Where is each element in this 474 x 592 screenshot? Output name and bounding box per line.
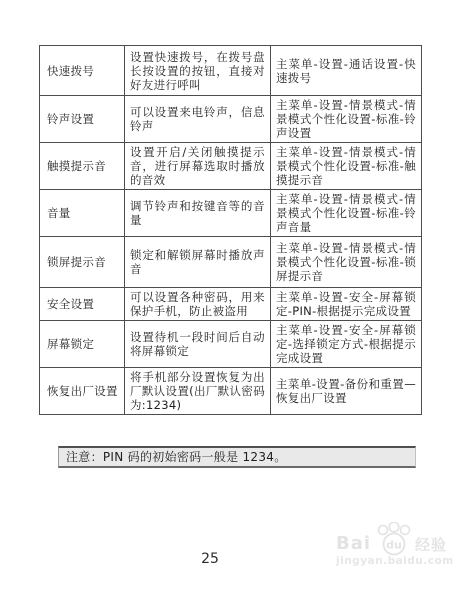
table-row: 音量 调节铃声和按键音等的音量 主菜单-设置-情景模式-情景模式个性化设置-标准… bbox=[40, 190, 422, 237]
table-row: 安全设置 可以设置各种密码，用来保护手机，防止被盗用 主菜单-设置-安全-屏幕锁… bbox=[40, 288, 422, 321]
feature-cell: 音量 bbox=[40, 190, 125, 237]
svg-text:du: du bbox=[386, 539, 402, 552]
feature-cell: 屏幕锁定 bbox=[40, 321, 125, 368]
description-cell: 设置开启/关闭触摸提示音，进行屏幕选取时播放的音效 bbox=[125, 143, 271, 190]
menu-path-cell: 主菜单-设置-情景模式-情景模式个性化设置-标准-铃声设置 bbox=[271, 96, 422, 143]
menu-path-cell: 主菜单-设置-备份和重置—恢复出厂设置 bbox=[271, 368, 422, 415]
menu-path-cell: 主菜单-设置-通话设置-快速拨号 bbox=[271, 46, 422, 96]
watermark-url: jingyan.baidu.com bbox=[336, 555, 456, 567]
menu-path-cell: 主菜单-设置-安全-屏幕锁定-PIN-根据提示完成设置 bbox=[271, 288, 422, 321]
page-number: 25 bbox=[170, 551, 250, 567]
menu-path-cell: 主菜单-设置-安全-屏幕锁定-选择锁定方式-根据提示完成设置 bbox=[271, 321, 422, 368]
paw-icon: du bbox=[373, 522, 413, 556]
feature-cell: 铃声设置 bbox=[40, 96, 125, 143]
table-row: 快速拨号 设置快速拨号，在拨号盘长按设置的按钮，直接对好友进行呼叫 主菜单-设置… bbox=[40, 46, 422, 96]
note-text: 注意：PIN 码的初始密码一般是 1234。 bbox=[66, 450, 287, 464]
watermark-brand-suffix: 经验 bbox=[415, 536, 447, 554]
baidu-jingyan-watermark: Bai du 经验 jingyan.baidu.com bbox=[336, 522, 456, 567]
feature-cell: 触摸提示音 bbox=[40, 143, 125, 190]
description-cell: 可以设置各种密码，用来保护手机，防止被盗用 bbox=[125, 288, 271, 321]
manual-page: 快速拨号 设置快速拨号，在拨号盘长按设置的按钮，直接对好友进行呼叫 主菜单-设置… bbox=[0, 0, 474, 592]
description-cell: 可以设置来电铃声，信息铃声 bbox=[125, 96, 271, 143]
table-row: 恢复出厂设置 将手机部分设置恢复为出厂默认设置(出厂默认密码为:1234) 主菜… bbox=[40, 368, 422, 415]
feature-cell: 安全设置 bbox=[40, 288, 125, 321]
watermark-brand-bai: Bai bbox=[336, 534, 371, 554]
description-cell: 调节铃声和按键音等的音量 bbox=[125, 190, 271, 237]
feature-cell: 恢复出厂设置 bbox=[40, 368, 125, 415]
feature-cell: 锁屏提示音 bbox=[40, 237, 125, 288]
description-cell: 设置待机一段时间后自动将屏幕锁定 bbox=[125, 321, 271, 368]
table-row: 锁屏提示音 锁定和解锁屏幕时播放声音 主菜单-设置-情景模式-情景模式个性化设置… bbox=[40, 237, 422, 288]
settings-table: 快速拨号 设置快速拨号，在拨号盘长按设置的按钮，直接对好友进行呼叫 主菜单-设置… bbox=[39, 45, 422, 415]
description-cell: 设置快速拨号，在拨号盘长按设置的按钮，直接对好友进行呼叫 bbox=[125, 46, 271, 96]
table-row: 铃声设置 可以设置来电铃声，信息铃声 主菜单-设置-情景模式-情景模式个性化设置… bbox=[40, 96, 422, 143]
description-cell: 锁定和解锁屏幕时播放声音 bbox=[125, 237, 271, 288]
description-cell: 将手机部分设置恢复为出厂默认设置(出厂默认密码为:1234) bbox=[125, 368, 271, 415]
menu-path-cell: 主菜单-设置-情景模式-情景模式个性化设置-标准-触摸提示音 bbox=[271, 143, 422, 190]
table-row: 触摸提示音 设置开启/关闭触摸提示音，进行屏幕选取时播放的音效 主菜单-设置-情… bbox=[40, 143, 422, 190]
note-bar: 注意：PIN 码的初始密码一般是 1234。 bbox=[58, 446, 416, 468]
table-row: 屏幕锁定 设置待机一段时间后自动将屏幕锁定 主菜单-设置-安全-屏幕锁定-选择锁… bbox=[40, 321, 422, 368]
feature-cell: 快速拨号 bbox=[40, 46, 125, 96]
menu-path-cell: 主菜单-设置-情景模式-情景模式个性化设置-标准-铃声音量 bbox=[271, 190, 422, 237]
menu-path-cell: 主菜单-设置-情景模式-情景模式个性化设置-标准-锁屏提示音 bbox=[271, 237, 422, 288]
